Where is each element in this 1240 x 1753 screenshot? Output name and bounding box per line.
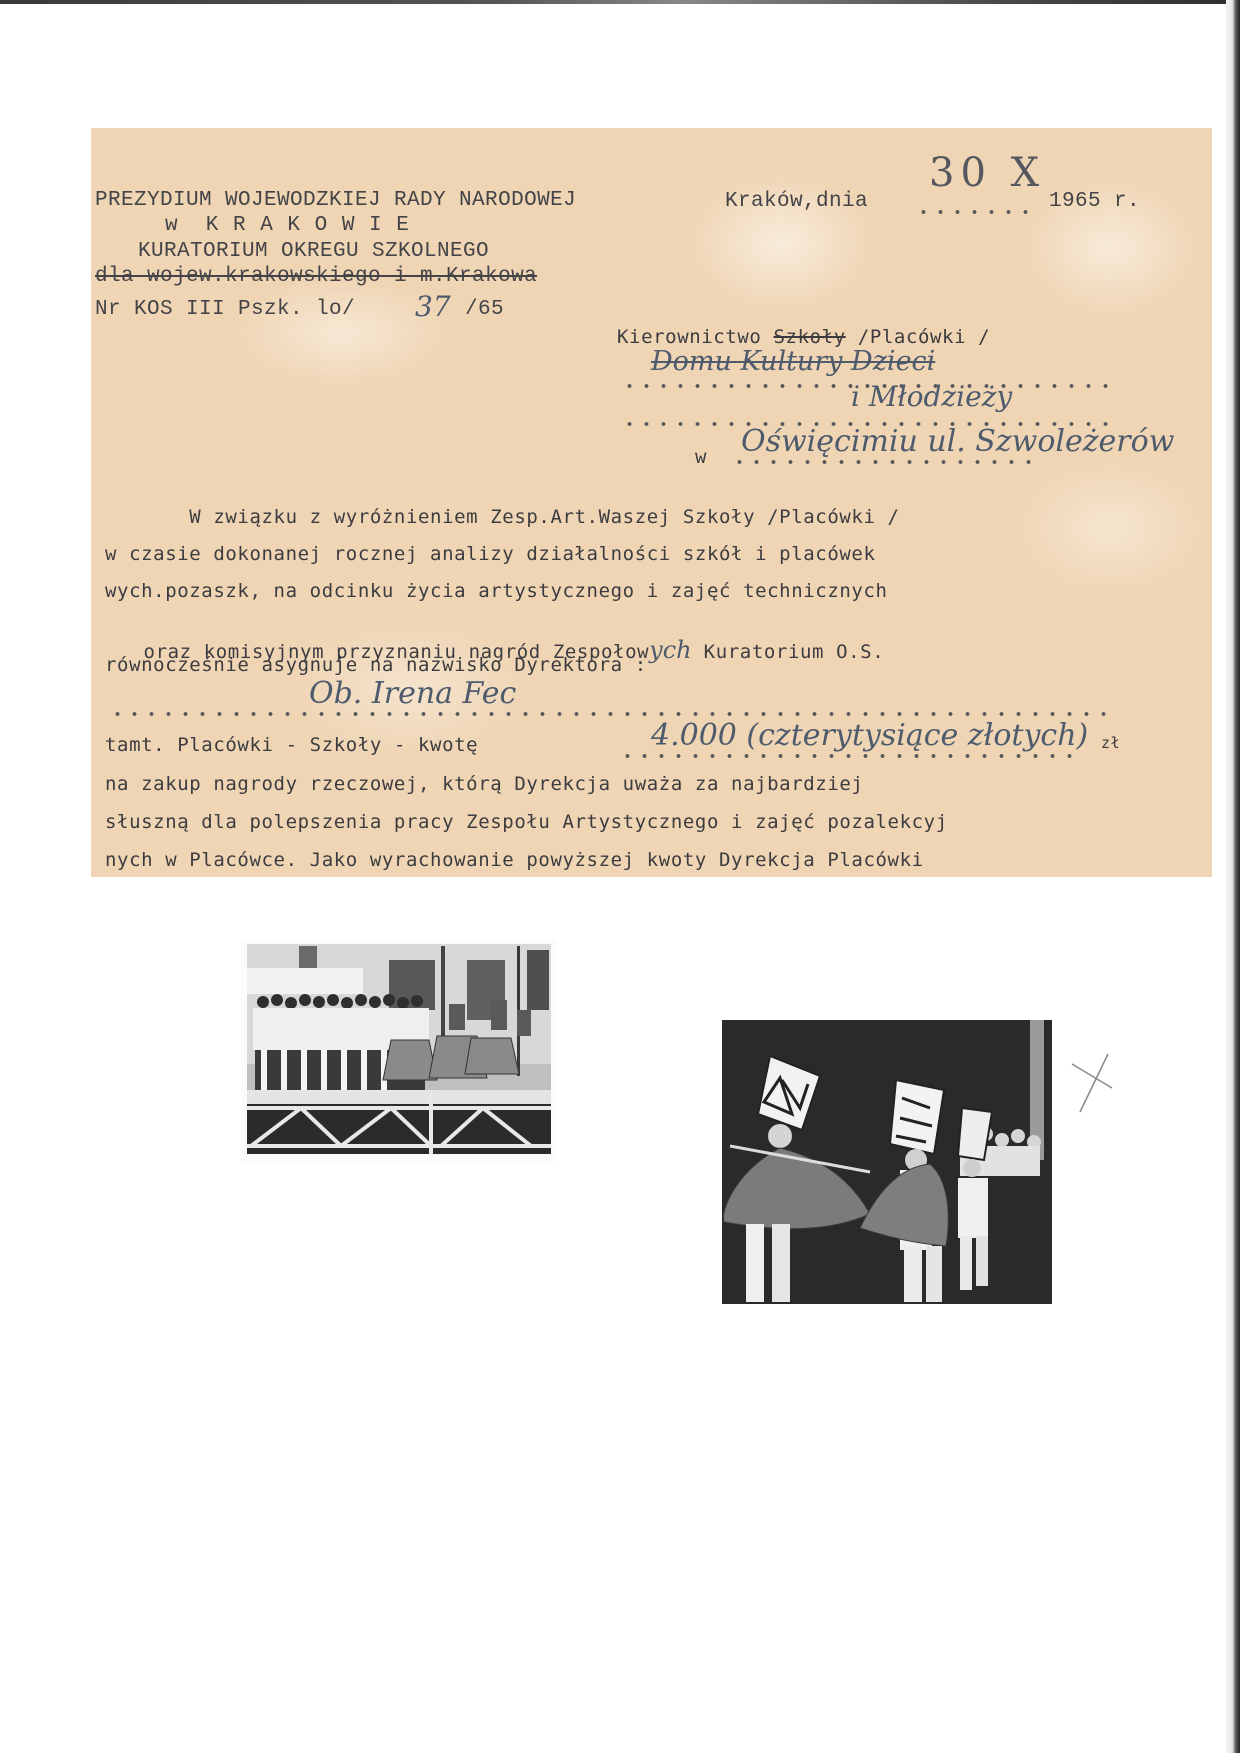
amount-handwritten: 4.000 (czterytysiące złotych) (651, 718, 1088, 753)
date-year: 1965 r. (1049, 190, 1140, 213)
ref-handwritten: 37 (415, 290, 451, 323)
body-line-4-rest: Kuratorium O.S. (692, 641, 885, 663)
photo-dancers-image (720, 1018, 1052, 1304)
addressee-label: Kierownictwo Szkoły /Placówki / (617, 326, 990, 348)
amount-unit: zł (1101, 734, 1120, 752)
ref-suffix: /65 (465, 298, 504, 321)
body-line-2: w czasie dokonanej rocznej analizy dział… (105, 543, 876, 565)
scanner-edge-right (1226, 0, 1240, 1753)
header-line-2: w K R A K O W I E (165, 214, 410, 237)
body-line-5: równocześnie asygnuje na nazwisko Dyrekt… (105, 654, 647, 676)
director-name-handwritten: Ob. Irena Fec (309, 676, 516, 711)
scanner-edge-top (0, 0, 1240, 4)
body-after-line-3: nych w Placówce. Jako wyrachowanie powyż… (105, 849, 924, 871)
photo-choir-stage (241, 940, 557, 1162)
ref-prefix: Nr KOS III Pszk. lo/ (95, 298, 355, 321)
addressee-handwritten-3: Oświęcimiu ul. Szwoleżerów (741, 424, 1174, 459)
letter-sheet: PREZYDIUM WOJEWODZKIEJ RADY NARODOWEJ w … (91, 128, 1212, 877)
pencil-x-mark-icon (1068, 1050, 1116, 1116)
date-dotted-line (915, 210, 1037, 214)
addressee-handwritten-2: i Młodzieży (851, 380, 1012, 413)
reference-number: Nr KOS III Pszk. lo/ 37 /65 (95, 298, 355, 321)
addressee-label-b: /Placówki / (846, 326, 990, 348)
photo-costumed-dancers (720, 1018, 1052, 1304)
body-line-4-insert: ych (649, 636, 691, 664)
amount-prefix: tamt. Placówki - Szkoły - kwotę (105, 734, 478, 756)
body-after-line-1: na zakup nagrody rzeczowej, którą Dyrekc… (105, 773, 863, 795)
header-line-3: KURATORIUM OKREGU SZKOLNEGO (138, 240, 489, 263)
photo-choir-image (241, 940, 557, 1162)
addressee-in-label: w (695, 446, 707, 468)
body-line-3: wych.pozaszk, na odcinku życia artystycz… (105, 580, 888, 602)
director-dotted-line (109, 712, 1109, 716)
header-line-4-struck: dla wojew.krakowskiego i m.Krakowa (95, 265, 537, 288)
header-line-1: PREZYDIUM WOJEWODZKIEJ RADY NARODOWEJ (95, 189, 576, 212)
body-line-1: W związku z wyróżnieniem Zesp.Art.Waszej… (105, 506, 900, 528)
date-prefix: Kraków,dnia (725, 190, 868, 213)
body-after-line-2: słuszną dla polepszenia pracy Zespołu Ar… (105, 811, 948, 833)
addressee-dotted-line-3 (731, 460, 1031, 464)
addressee-label-struck: Szkoły (774, 326, 846, 348)
amount-dotted-line (619, 754, 1079, 758)
addressee-handwritten-1: Domu Kultury Dzieci (651, 346, 935, 377)
date-handwritten: 30 X (929, 150, 1045, 196)
addressee-label-a: Kierownictwo (617, 326, 774, 348)
